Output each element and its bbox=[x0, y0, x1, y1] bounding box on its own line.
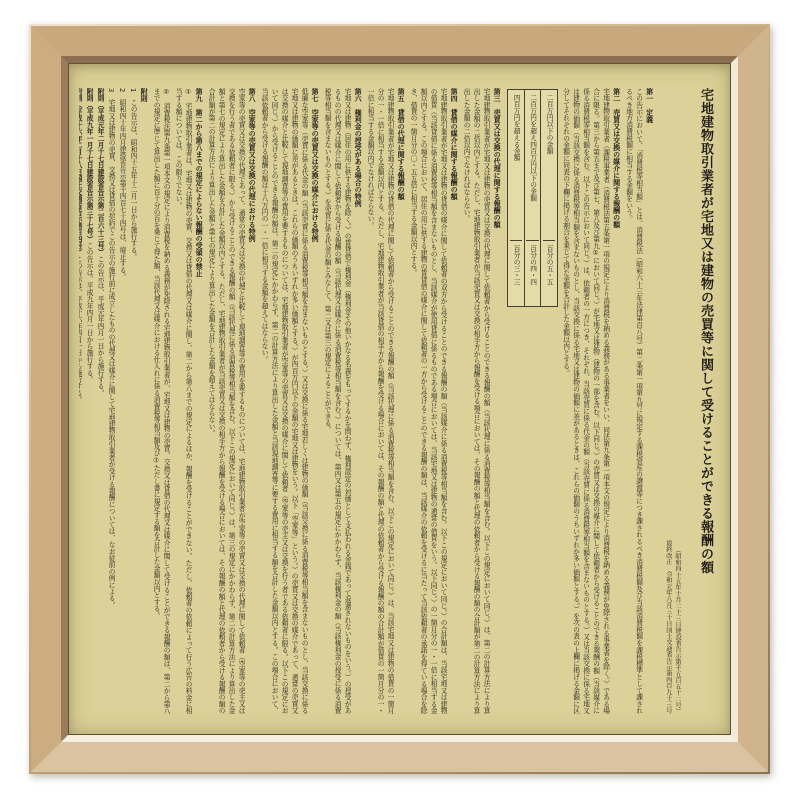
section-1-heading: 第一 定義 bbox=[645, 88, 655, 714]
notice-paper: 宅地建物取引業者が宅地又は建物の売買等に関して受けることができる報酬の額 （昭和… bbox=[69, 64, 730, 734]
fee-rate: 百分の三・三 bbox=[510, 240, 523, 303]
amendment-text: この告示は、平成元年四月一日から施行する。 bbox=[96, 256, 104, 397]
appendix-amendment-2: 附則（平成九年一月十七日建設省告示第三十七号）この告示は、平成九年四月一日から施… bbox=[84, 88, 94, 714]
amendment-label: 附則（平成九年一月十七日建設省告示第三十七号） bbox=[85, 88, 93, 242]
fee-rate: 百分の四・四 bbox=[526, 240, 539, 303]
amendment-label: 附則（平成十六年二月十八日国土交通省告示第百四号） bbox=[79, 88, 82, 256]
fee-range: 二百万円を超え四百万円以下の金額 bbox=[526, 91, 539, 240]
section-5-heading: 第五 貸借の代理に関する報酬の額 bbox=[396, 88, 406, 714]
section-9-item-2: ② 消費税法第九条第一項本文の規定により消費税を納める義務が免除される宅地建物取… bbox=[151, 88, 171, 714]
issuance-line: （昭和四十五年十月二十三日建設省告示第千五百五十二号） bbox=[673, 88, 682, 714]
fee-rate: 百分の五・五 bbox=[543, 240, 556, 303]
section-1-body: この告示において、「消費税等相当額」とは、消費税法（昭和六十三年法律第百八号）第… bbox=[624, 88, 644, 714]
section-4-body: 宅地建物取引業者が宅地又は建物の貸借の媒介に関して依頼者の双方から受けることので… bbox=[408, 88, 448, 714]
amendment-label: 附則（平成元年二月十七日建設省告示第二百六十三号） bbox=[96, 88, 104, 256]
fee-rate-table: 二百万円以下の金額百分の五・五 二百万円を超え四百万円以下の金額百分の四・四 四… bbox=[507, 89, 558, 307]
fee-table-row: 二百万円を超え四百万円以下の金額百分の四・四 bbox=[525, 90, 542, 306]
section-7-body: 低廉な空家等（売買に係る代金の額（当該売買に係る消費税等相当額を含まないものとす… bbox=[259, 88, 309, 714]
notice-title: 宅地建物取引業者が宅地又は建物の売買等に関して受けることができる報酬の額 bbox=[694, 88, 716, 714]
appendix-item-2: 2 昭和四十年四月建設省告示第千四百七十四号は、廃止する。 bbox=[117, 88, 127, 714]
section-2-body: 宅地建物取引業者（課税事業者（消費税法第五条第一項の規定により消費税を納める義務… bbox=[561, 88, 611, 714]
appendix-item-1: 1 この告示は、昭和四十五年十二月一日から施行する。 bbox=[128, 88, 138, 714]
section-2-heading: 第二 売買又は交換の媒介に関する報酬の額 bbox=[612, 88, 622, 714]
section-6-body: 宅地又は建物（居住の用に供する建物を除く。）の賃貸借で権利金（権利金その他いかな… bbox=[322, 88, 352, 714]
section-6-heading: 第六 権利金の授受がある場合の特例 bbox=[353, 88, 363, 714]
fee-table-row: 四百万円を超える金額百分の三・三 bbox=[508, 90, 525, 306]
section-7-heading: 第七 空家等の売買又は交換の媒介における特例 bbox=[310, 88, 320, 714]
section-4-heading: 第四 貸借の媒介に関する報酬の額 bbox=[449, 88, 459, 714]
frame-face: 宅地建物取引業者が宅地又は建物の売買等に関して受けることができる報酬の額 （昭和… bbox=[31, 26, 768, 772]
amendment-text: この告示は、平成九年四月一日から施行する。 bbox=[85, 242, 93, 383]
appendix-heading: 附則 bbox=[139, 88, 149, 714]
section-5-body: 宅地建物取引業者が宅地又は建物の貸借の代理に関して依頼者から受けることのできる報… bbox=[365, 88, 395, 714]
fee-range: 四百万円を超える金額 bbox=[510, 91, 523, 240]
appendix-item-3: 3 宅地又は建物の売買、交換又は貸借の契約でこの告示の施行前に成立したものの代理… bbox=[106, 88, 116, 714]
appendix-amendment-3: 附則（平成十六年二月十八日国土交通省告示第百四号）この告示は、平成十六年四月一日… bbox=[79, 88, 83, 714]
page-background: 宅地建物取引業者が宅地又は建物の売買等に関して受けることができる報酬の額 （昭和… bbox=[0, 0, 800, 800]
section-8-heading: 第八 空家等の売買又は交換の代理における特例 bbox=[247, 88, 257, 714]
picture-frame: 宅地建物取引業者が宅地又は建物の売買等に関して受けることができる報酬の額 （昭和… bbox=[29, 24, 770, 774]
section-9-item-1: ① 宅地建物取引業者は、宅地又は建物の売買、交換又は貸借の代理又は媒介に関し、第… bbox=[173, 88, 193, 714]
frame-inner-line: 宅地建物取引業者が宅地又は建物の売買等に関して受けることができる報酬の額 （昭和… bbox=[68, 63, 731, 735]
notice-issuance-info: （昭和四十五年十月二十三日建設省告示第千五百五十二号） 最終改正 令和元年八月三… bbox=[664, 88, 682, 714]
amendment-line: 最終改正 令和元年八月三十日国土交通省告示第四百九十三号 bbox=[664, 88, 673, 714]
section-8-body: 空家等の売買又は交換の代理であって、通常の売買又は交換の代理と比較して現地調査等… bbox=[206, 88, 246, 714]
section-3-body: 宅地建物取引業者が宅地又は建物の売買又は交換の代理に関して依頼者から受けることの… bbox=[461, 88, 491, 714]
amendment-text: この告示は、平成十六年四月一日から施行する。 bbox=[79, 256, 82, 403]
frame-inner-bevel: 宅地建物取引業者が宅地又は建物の売買等に関して受けることができる報酬の額 （昭和… bbox=[61, 56, 738, 742]
section-3-heading: 第三 売買又は交換の代理に関する報酬の額 bbox=[492, 88, 502, 714]
fee-table-row: 二百万円以下の金額百分の五・五 bbox=[541, 90, 557, 306]
notice-document: 宅地建物取引業者が宅地又は建物の売買等に関して受けることができる報酬の額 （昭和… bbox=[79, 88, 716, 714]
appendix-amendment-1: 附則（平成元年二月十七日建設省告示第二百六十三号）この告示は、平成元年四月一日か… bbox=[95, 88, 105, 714]
section-9-heading: 第九 第二から第八までの規定によらない報酬の受領の禁止 bbox=[194, 88, 204, 714]
fee-range: 二百万円以下の金額 bbox=[543, 91, 556, 240]
